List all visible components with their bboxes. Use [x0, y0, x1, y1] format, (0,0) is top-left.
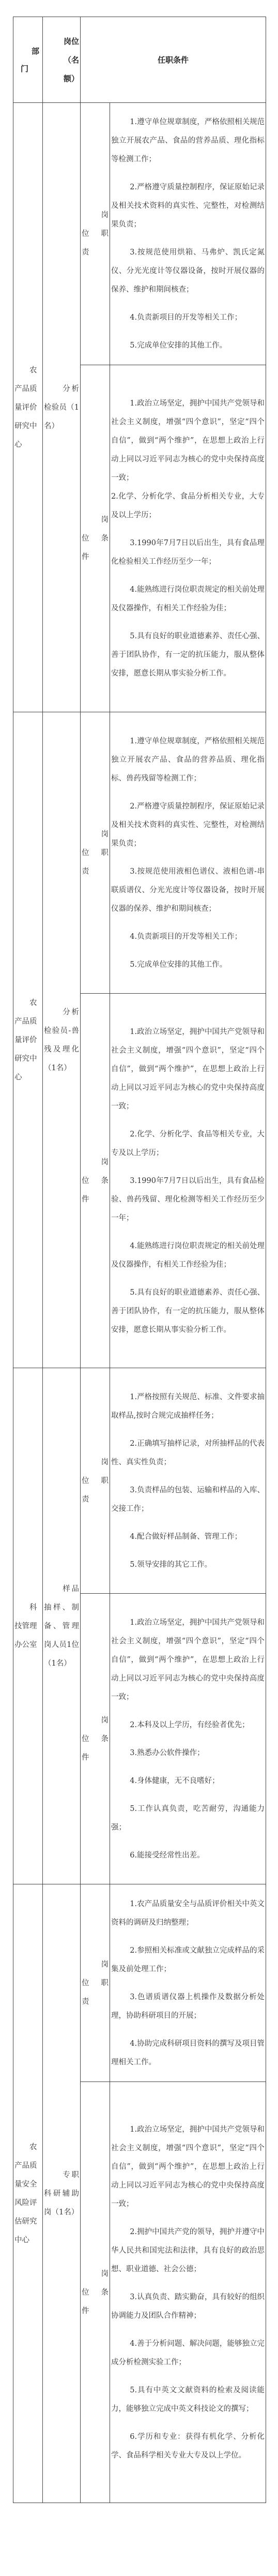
- department-cell: 科技管理办公室: [13, 1368, 43, 1884]
- section-duties-row: 农产品质量评价研究中心 分析检验员（1名） 岗 位职 责 1.遵守单位规章制度，…: [13, 103, 266, 365]
- list-item: 5.领导安排的其它工作。: [111, 1555, 265, 1574]
- list-item: 3.认真负责、踏实勤奋，具有较好的组织协调能力及团队合作精神；: [111, 2288, 265, 2325]
- post-cell: 分析检验员（1名）: [43, 103, 81, 712]
- list-item: 2.拥护中国共产党的领导，拥护并遵守中华人民共和国宪法和法律，具有良好的政治思想…: [111, 2223, 265, 2279]
- duties-list: 1.农产品质量安全与品质评价相关中英文资料的调研及归纳整理； 2.参照相关标准或…: [110, 1884, 266, 2082]
- duties-list: 1.严格按照有关规范、标准、文件要求抽取样品,按时合规完成抽样任务； 2.正确填…: [110, 1368, 266, 1594]
- list-item: 4.身体健康，无不良嗜好；: [111, 1772, 265, 1790]
- list-item: 4.负责新项目的开发等相关工作；: [111, 308, 265, 327]
- duties-list: 1.遵守单位规章制度，严格依照相关规范独立开展农产品、食品的营养品质、理化指标等…: [110, 103, 266, 365]
- list-item: 1.政治立场坚定，拥护中国共产党领导和社会主义制度，增强“四个意识”，坚定“四个…: [111, 1613, 265, 1706]
- duties-list: 1.遵守单位规章制度，严格依照相关规范独立开展农产品、食品的营养品质、理化指标、…: [110, 712, 266, 994]
- list-item: 5.具有中英文文献资料的检索及阅读能力，能够独立完成中英文科技论文的撰写；: [111, 2381, 265, 2418]
- department-cell: 农产品质量评价研究中心: [13, 103, 43, 712]
- list-item: 1.政治立场坚定，拥护中国共产党领导和社会主义制度，增强“四个意识”，坚定“四个…: [111, 2120, 265, 2213]
- duties-label: 岗 位职 责: [81, 712, 110, 994]
- list-item: 5.完成单位安排的其他工作。: [111, 955, 265, 974]
- job-requirements-table: 部 门 岗位（名额） 任职条件 农产品质量评价研究中心 分析检验员（1名） 岗 …: [13, 17, 266, 2503]
- list-item: 3.1990年7月7日以后出生，具有食品理化检验相关工作经历至少一年；: [111, 534, 265, 571]
- section-duties-row: 农产品质量安全风险评估研究中心 专职科研辅助岗（1名） 岗 位职 责 1.农产品…: [13, 1884, 266, 2082]
- list-item: 5.具有良好的职业道德素养、责任心强、善于团队协作，有一定的抗压能力，服从整体安…: [111, 1283, 265, 1339]
- list-item: 1.政治立场坚定，拥护中国共产党领导和社会主义制度，增强“四个意识”，坚定“四个…: [111, 1023, 265, 1116]
- post-cell: 专职科研辅助岗（1名）: [43, 1884, 81, 2503]
- department-cell: 农产品质量评价研究中心: [13, 712, 43, 1368]
- list-item: 2.严格遵守质量控制程序，保证原始记录及相关技术资料的真实性、完整性，对检测结果…: [111, 797, 265, 853]
- list-item: 4.协助完成科研项目资料的撰写及项目管理相关工作。: [111, 2034, 265, 2072]
- post-cell: 分析检验员-兽残及理化（1名）: [43, 712, 81, 1368]
- duties-label: 岗 位职 责: [81, 103, 110, 365]
- list-item: 3.负责样品的包装、运输和样品的入库、交接工作；: [111, 1481, 265, 1518]
- list-item: 3.按规范使用烘箱、马弗炉、凯氏定氮仪、分光光度计等仪器设备，按时开展仪器的保养…: [111, 243, 265, 299]
- requirements-list: 1.政治立场坚定，拥护中国共产党领导和社会主义制度，增强“四个意识”，坚定“四个…: [110, 2082, 266, 2503]
- list-item: 1.遵守单位规章制度，严格依照相关规范独立开展农产品、食品的营养品质、理化指标、…: [111, 732, 265, 788]
- list-item: 3.色谱质谱仪器上机操作及数据分析处理，协助科研项目的开展；: [111, 1988, 265, 2025]
- requirements-label: 岗 位条 件: [81, 2082, 110, 2503]
- list-item: 2.参照相关标准或文献独立完成样品的采集及前处理工作；: [111, 1941, 265, 1979]
- duties-label: 岗 位职 责: [81, 1368, 110, 1594]
- list-item: 4.能熟练进行岗位职责规定的相关前处理及仪器操作，有相关工作经验为佳；: [111, 1237, 265, 1274]
- list-item: 4.配合做好样品制备、管理工作；: [111, 1527, 265, 1546]
- section-duties-row: 农产品质量评价研究中心 分析检验员-兽残及理化（1名） 岗 位职 责 1.遵守单…: [13, 712, 266, 994]
- list-item: 1.严格按照有关规范、标准、文件要求抽取样品,按时合规完成抽样任务；: [111, 1388, 265, 1425]
- requirements-list: 1.政治立场坚定，拥护中国共产党领导和社会主义制度，增强“四个意识”，坚定“四个…: [110, 365, 266, 712]
- list-item: 6.能接受经常性出差。: [111, 1846, 265, 1865]
- list-item: 4.能熟练进行岗位职责规定的相关前处理及仪器操作，有相关工作经验为佳；: [111, 580, 265, 618]
- list-item: 1.农产品质量安全与品质评价相关中英文资料的调研及归纳整理；: [111, 1895, 265, 1932]
- list-item: 5.具有良好的职业道德素养、责任心强、善于团队协作，有一定的抗压能力，服从整体安…: [111, 627, 265, 683]
- post-cell: 样品抽样、制备、管理岗人员1位（1名）: [43, 1368, 81, 1884]
- header-post: 岗位（名额）: [43, 17, 81, 103]
- list-item: 5.工作认真负责，吃苦耐劳，沟通能力强；: [111, 1800, 265, 1837]
- list-item: 3.按规范使用液相色谱仪、液相色谱-串联质谱仪、分光光度计等仪器设备，按时开展仪…: [111, 862, 265, 918]
- list-item: 2.正确填写抽样记录，对所抽样品的代表性、真实性负责；: [111, 1434, 265, 1472]
- list-item: 5.完成单位安排的其他工作。: [111, 336, 265, 355]
- list-item: 2.化学、分析化学、食品分析相关专业，大专及以上学历；: [111, 487, 265, 525]
- requirements-list: 1.政治立场坚定，拥护中国共产党领导和社会主义制度，增强“四个意识”，坚定“四个…: [110, 1594, 266, 1884]
- header-department: 部 门: [13, 17, 43, 103]
- header-conditions: 任职条件: [81, 17, 266, 103]
- list-item: 4.善于分析问题、解决问题，能够独立完成分析检测实验工作；: [111, 2334, 265, 2372]
- list-item: 6.学历和专业：获得有机化学、分析化学、食品科学相关专业大专及以上学位。: [111, 2428, 265, 2465]
- table-header-row: 部 门 岗位（名额） 任职条件: [13, 17, 266, 103]
- duties-label: 岗 位职 责: [81, 1884, 110, 2082]
- section-duties-row: 科技管理办公室 样品抽样、制备、管理岗人员1位（1名） 岗 位职 责 1.严格按…: [13, 1368, 266, 1594]
- list-item: 3.1990年7月7日以后出生，具有食品检验、兽药残留、理化检测等相关工作经历至…: [111, 1172, 265, 1227]
- list-item: 2.本科及以上学历，有经验者优先；: [111, 1716, 265, 1734]
- department-cell: 农产品质量安全风险评估研究中心: [13, 1884, 43, 2503]
- list-item: 3.熟悉办公软件操作；: [111, 1744, 265, 1762]
- list-item: 2.化学、分析化学、食品等相关专业，大专及以上学历；: [111, 1125, 265, 1162]
- list-item: 2.严格遵守质量控制程序，保证原始记录及相关技术资料的真实性、完整性，对检测结果…: [111, 178, 265, 234]
- requirements-label: 岗 位条 件: [81, 1594, 110, 1884]
- requirements-label: 岗 位条 件: [81, 365, 110, 712]
- requirements-list: 1.政治立场坚定，拥护中国共产党领导和社会主义制度，增强“四个意识”，坚定“四个…: [110, 994, 266, 1368]
- list-item: 4.负责新项目的开发等相关工作；: [111, 927, 265, 946]
- requirements-label: 岗 位条 件: [81, 994, 110, 1368]
- list-item: 1.政治立场坚定，拥护中国共产党领导和社会主义制度，增强“四个意识”，坚定“四个…: [111, 394, 265, 487]
- list-item: 1.遵守单位规章制度，严格依照相关规范独立开展农产品、食品的营养品质、理化指标等…: [111, 113, 265, 169]
